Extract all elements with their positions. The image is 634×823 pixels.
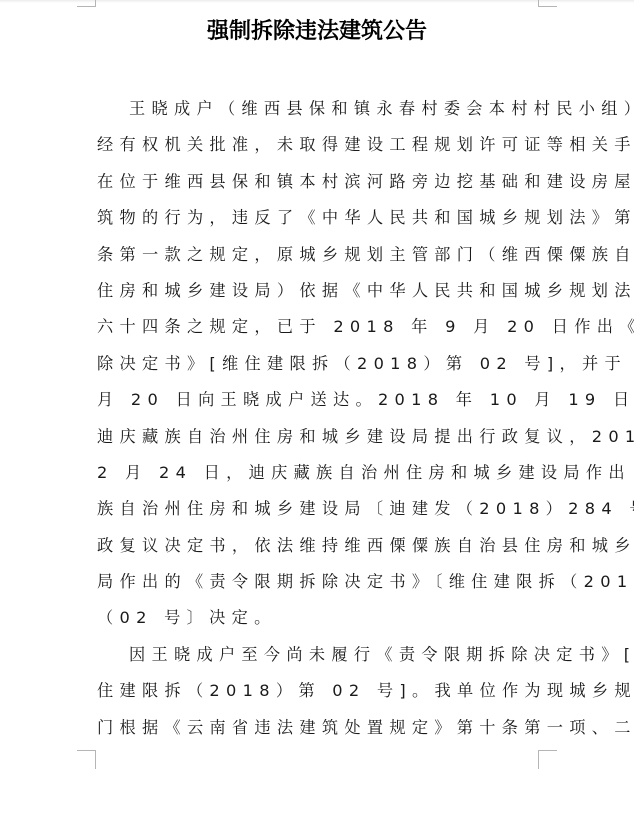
paragraph-1-line-8: 除决定书》[维住建限拆（2018）第 02 号]，并于 2018 年 9: [97, 350, 542, 386]
paragraph-1-line-5: 条第一款之规定，原城乡规划主管部门（维西傈僳族自治县: [97, 241, 542, 277]
top-right-margin-mark: [538, 0, 557, 7]
paragraph-1-line-14: 局作出的《责令限期拆除决定书》〔维住建限拆（2018）第: [97, 568, 542, 604]
paragraph-2-line-2: 住建限拆（2018）第 02 号]。我单位作为现城乡规划主管部: [97, 677, 542, 713]
document-page: 强制拆除违法建筑公告 王晓成户（维西县保和镇永春村委会本村村民小组）未 经有权机…: [0, 0, 634, 823]
document-title: 强制拆除违法建筑公告: [0, 14, 634, 45]
bottom-right-margin-mark: [538, 750, 557, 769]
paragraph-2-line-3: 门根据《云南省违法建筑处置规定》第十条第一项、二十条、: [97, 714, 542, 750]
paragraph-1-line-7: 六十四条之规定，已于 2018 年 9 月 20 日作出《责令限期拆: [97, 313, 542, 349]
paragraph-1-line-6: 住房和城乡建设局）依据《中华人民共和国城乡规划法》第: [97, 277, 542, 313]
paragraph-1-line-15: （02 号〕决定。: [97, 604, 542, 640]
paragraph-1-line-13: 政复议决定书，依法维持维西傈僳族自治县住房和城乡建设: [97, 532, 542, 568]
bottom-left-margin-mark: [77, 750, 96, 769]
paragraph-1-line-3: 在位于维西县保和镇本村滨河路旁边挖基础和建设房屋、构: [97, 168, 542, 204]
paragraph-1-line-4: 筑物的行为，违反了《中华人民共和国城乡规划法》第四十: [97, 204, 542, 240]
paragraph-1-line-1: 王晓成户（维西县保和镇永春村委会本村村民小组）未: [97, 95, 542, 131]
top-left-margin-mark: [77, 0, 96, 7]
paragraph-1-line-2: 经有权机关批准，未取得建设工程规划许可证等相关手续，: [97, 131, 542, 167]
paragraph-1-line-11: 2 月 24 日，迪庆藏族自治州住房和城乡建设局作出《迪庆藏: [97, 459, 542, 495]
paragraph-1-line-9: 月 20 日向王晓成户送达。2018 年 10 月 19 日，王晓成户向: [97, 386, 542, 422]
paragraph-1-line-12: 族自治州住房和城乡建设局〔迪建发（2018）284 号〕》行: [97, 495, 542, 531]
paragraph-2-line-1: 因王晓成户至今尚未履行《责令限期拆除决定书》[维: [97, 641, 542, 677]
document-body: 王晓成户（维西县保和镇永春村委会本村村民小组）未 经有权机关批准，未取得建设工程…: [97, 95, 542, 750]
paragraph-1-line-10: 迪庆藏族自治州住房和城乡建设局提出行政复议，2018 年 1: [97, 423, 542, 459]
